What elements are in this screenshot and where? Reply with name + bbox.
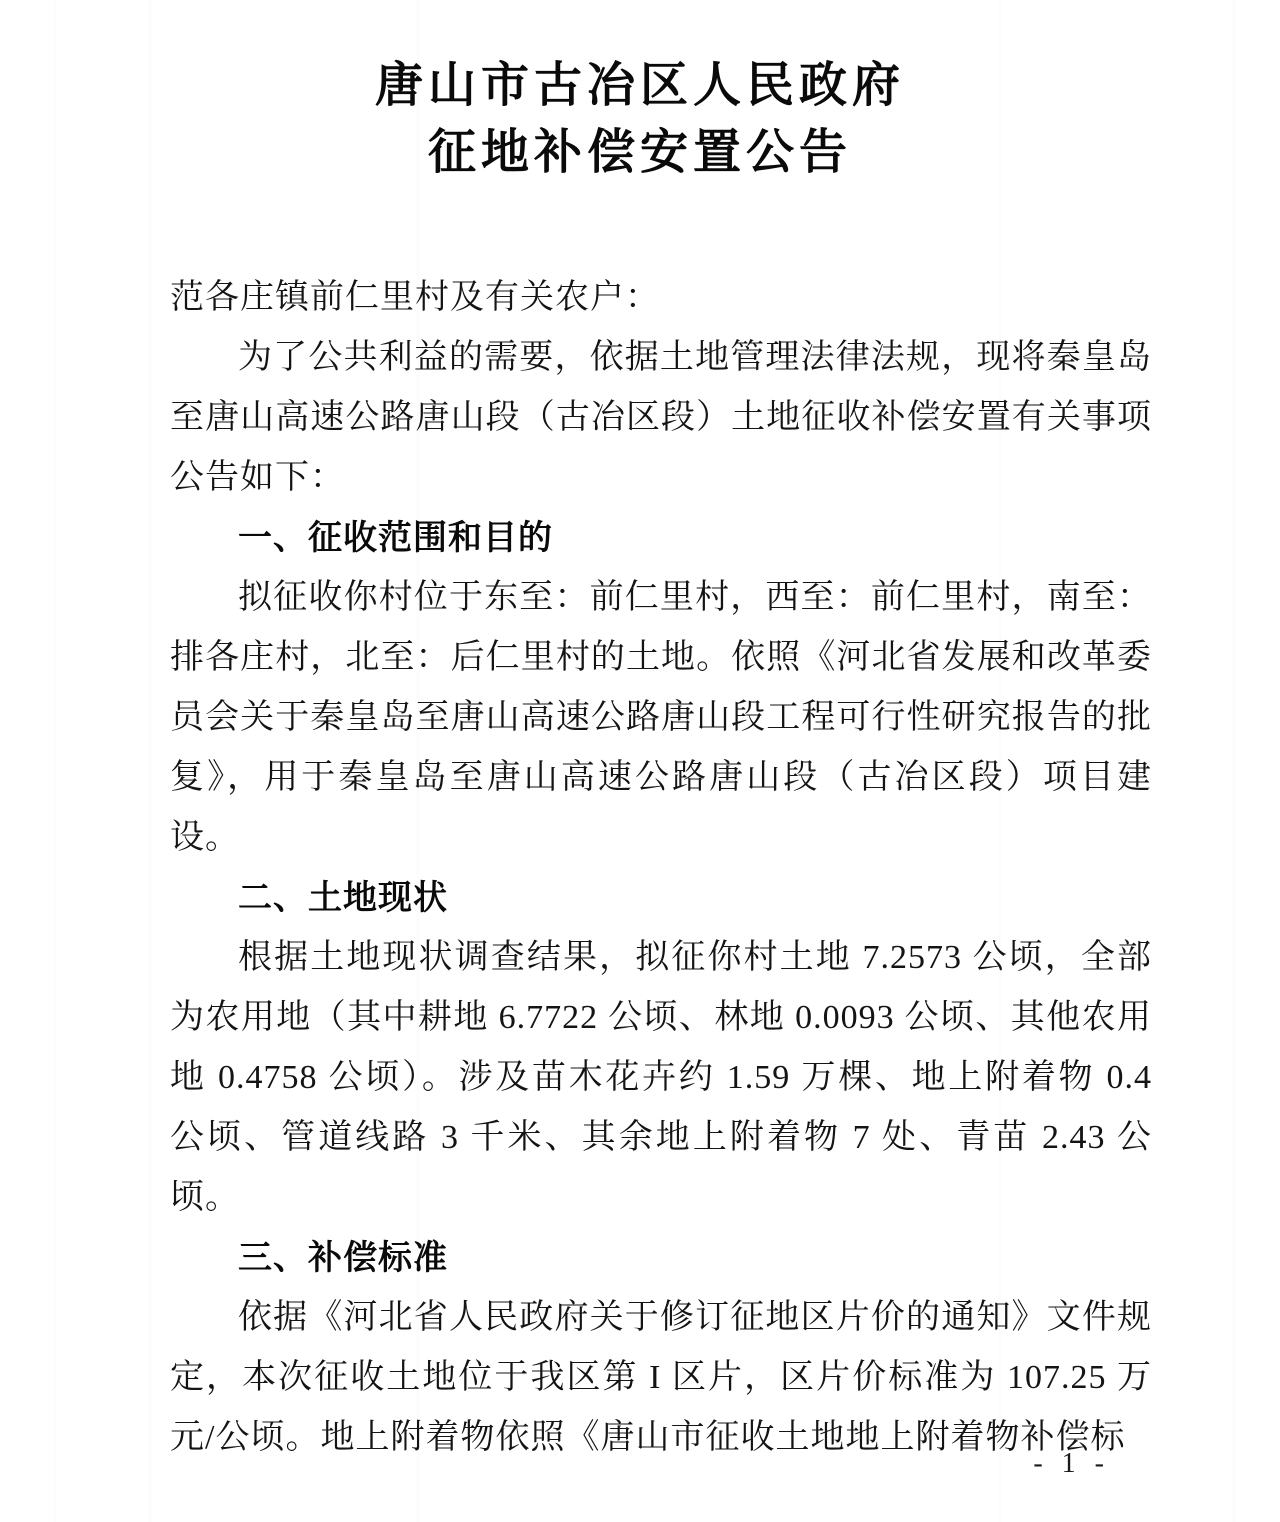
- section-2-heading: 二、土地现状: [170, 868, 1152, 928]
- title-line-1: 唐山市古冶区人民政府: [0, 52, 1280, 119]
- document-page: 唐山市古冶区人民政府 征地补偿安置公告 范各庄镇前仁里村及有关农户： 为了公共利…: [0, 0, 1280, 1522]
- section-3-paragraph: 依据《河北省人民政府关于修订征地区片价的通知》文件规定，本次征收土地位于我区第 …: [170, 1288, 1152, 1468]
- section-2-paragraph: 根据土地现状调查结果，拟征你村土地 7.2573 公顷，全部为农用地（其中耕地 …: [170, 928, 1152, 1228]
- intro-paragraph: 为了公共利益的需要，依据土地管理法律法规，现将秦皇岛至唐山高速公路唐山段（古冶区…: [170, 328, 1152, 508]
- salutation-line: 范各庄镇前仁里村及有关农户：: [170, 268, 1152, 328]
- page-number: - 1 -: [1033, 1448, 1110, 1480]
- title-line-2: 征地补偿安置公告: [0, 119, 1280, 186]
- document-body: 范各庄镇前仁里村及有关农户： 为了公共利益的需要，依据土地管理法律法规，现将秦皇…: [170, 268, 1152, 1468]
- document-title: 唐山市古冶区人民政府 征地补偿安置公告: [0, 52, 1280, 186]
- section-1-paragraph: 拟征收你村位于东至：前仁里村，西至：前仁里村，南至：排各庄村，北至：后仁里村的土…: [170, 568, 1152, 868]
- section-3-heading: 三、补偿标准: [170, 1228, 1152, 1288]
- section-1-heading: 一、征收范围和目的: [170, 508, 1152, 568]
